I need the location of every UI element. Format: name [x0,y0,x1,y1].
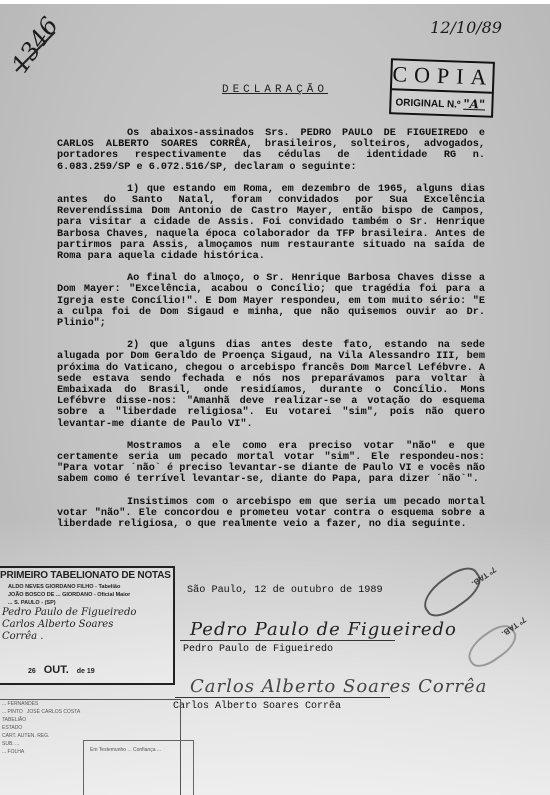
notary-line: ALDO NEVES GIORDANO FILHO - Tabelião [0,583,173,591]
notary-seal-1 [417,561,488,624]
signature-line-2 [175,697,390,698]
signatory-name-1: Pedro Paulo de Figueiredo [183,644,333,655]
notary2-name: JOSÉ CARLOS COSTA [27,709,80,715]
notary2-row: ESTADO [0,724,180,732]
notary-date: 26 OUT. de 19 [28,664,95,676]
notary2-row: CART. AUTEN. REG. [0,732,180,740]
paragraph-1: 1) que estando em Roma, em dezembro de 1… [57,184,485,262]
notary-handwriting: Pedro Paulo de Figueiredo [0,607,173,619]
paragraph-showed: Mostramos a ele como era preciso votar "… [57,441,485,486]
notary2-testimony-box: Em Testemunho ... Confiança ... [83,740,194,795]
copia-original-label: ORIGINAL N.º [395,97,460,110]
notary-month: OUT. [44,664,69,676]
signature-1: Pedro Paulo de Figueiredo [190,619,457,640]
notary-handwriting: Carlos Alberto Soares [0,619,173,631]
notary-line: JOÃO BOSCO DE ... GIORDANO - Oficial Mai… [0,591,173,599]
notary2-cell: ... PINTO [2,709,23,715]
signatory-name-2: Carlos Alberto Soares Corrêa [173,701,341,712]
declaration-body: Os abaixos-assinados Srs. PEDRO PAULO DE… [57,128,485,541]
notary-stamp: PRIMEIRO TABELIONATO DE NOTAS ALDO NEVES… [0,566,175,685]
paragraph-insisted: Insistimos com o arcebispo em que seria … [57,497,485,531]
signature-2: Carlos Alberto Soares Corrêa [190,676,487,697]
paragraph-intro: Os abaixos-assinados Srs. PEDRO PAULO DE… [57,128,485,173]
handwritten-date: 12/10/89 [430,18,502,37]
paragraph-2: 2) que alguns dias antes deste fato, est… [57,340,485,430]
notary-heading: PRIMEIRO TABELIONATO DE NOTAS [0,568,173,583]
notary2-row: TABELIÃO [0,716,180,724]
copia-original-value: "A" [463,97,485,112]
place-and-date: São Paulo, 12 de outubro de 1989 [187,585,383,596]
paragraph-lunch: Ao final do almoço, o Sr. Henrique Barbo… [57,273,485,329]
notary-stamp-secondary: ... FERNANDES ... PINTO JOSÉ CARLOS COST… [0,699,181,795]
scanned-document-page: 1346 12/10/89 COPIA ORIGINAL N.º "A" DEC… [0,4,550,795]
notary-day: 26 [28,668,36,675]
notary2-row: ... PINTO JOSÉ CARLOS COSTA [0,708,180,716]
folio-number: 1346 [6,12,64,78]
signature-line-1 [180,640,395,641]
notary-handwriting: Corrêa . [0,631,173,643]
notary-line: ... S. PAULO - (SP) [0,599,173,607]
document-title: DECLARAÇÃO [0,84,550,96]
notary-year: de 19 [77,668,95,675]
notary2-row: ... FERNANDES [0,700,180,708]
